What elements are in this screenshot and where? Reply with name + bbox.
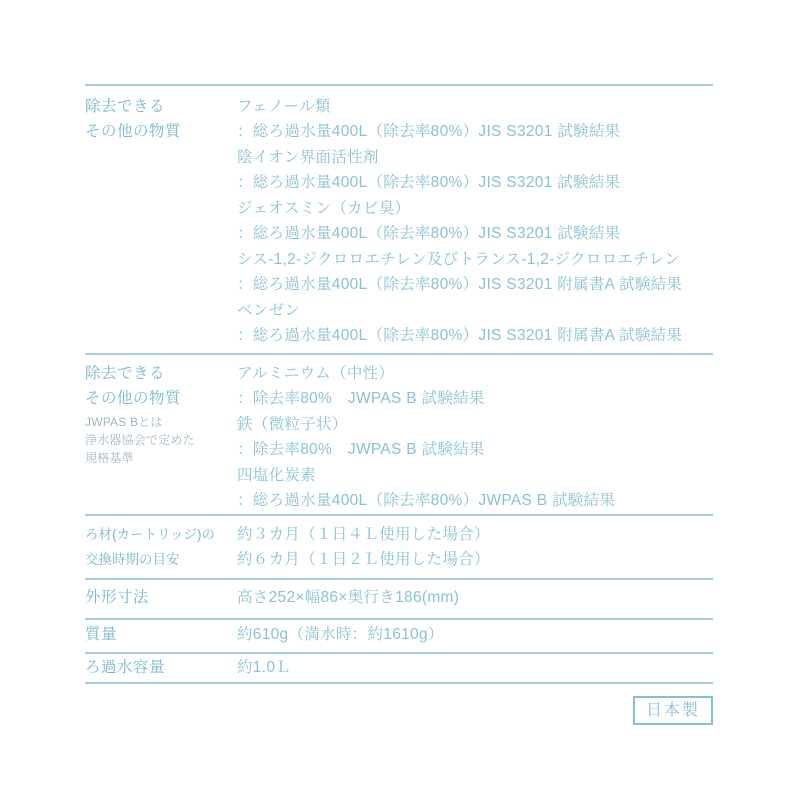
spec-label: ろ材(カートリッジ)の 交換時期の目安: [85, 522, 237, 572]
spec-value-line: 約３カ月（１日４Ｌ使用した場合）: [237, 522, 713, 547]
substance-item: ベンゼン ：総ろ過水量400L（除去率80%）JIS S3201 附属書A 試験…: [237, 298, 713, 348]
substance-detail: ：総ろ過水量400L（除去率80%）JWPAS B 試験結果: [237, 488, 713, 513]
substance-detail: ：総ろ過水量400L（除去率80%）JIS S3201 試験結果: [237, 170, 713, 195]
spec-label: 外形寸法: [85, 585, 237, 610]
badge-row: 日本製: [85, 696, 713, 725]
section-label-line: その他の物質: [85, 119, 237, 144]
jwpas-note: JWPAS Bとは 浄水器協会で定めた 規格基準: [85, 413, 237, 467]
note-line: JWPAS Bとは: [85, 413, 237, 431]
spec-value: 約1.0Ｌ: [237, 655, 713, 680]
note-line: 規格基準: [85, 449, 237, 467]
substance-item: ジェオスミン（カビ臭） ：総ろ過水量400L（除去率80%）JIS S3201 …: [237, 196, 713, 246]
note-line: 浄水器協会で定めた: [85, 431, 237, 449]
section-label-line: その他の物質: [85, 386, 237, 411]
section-removable-substances-jis: 除去できる その他の物質 フェノール類 ：総ろ過水量400L（除去率80%）JI…: [85, 86, 713, 353]
substance-item: 四塩化炭素 ：総ろ過水量400L（除去率80%）JWPAS B 試験結果: [237, 463, 713, 513]
substance-item: 鉄（微粒子状） ：除去率80% JWPAS B 試験結果: [237, 412, 713, 462]
divider-bottom: [85, 682, 713, 684]
substance-name: 陰イオン界面活性剤: [237, 145, 713, 170]
substance-name: ベンゼン: [237, 298, 713, 323]
row-dimensions: 外形寸法 高さ252×幅86×奥行き186(mm): [85, 580, 713, 618]
substance-item: アルミニウム（中性） ：除去率80% JWPAS B 試験結果: [237, 361, 713, 411]
substance-detail: ：総ろ過水量400L（除去率80%）JIS S3201 附属書A 試験結果: [237, 323, 713, 348]
section-label-line: 除去できる: [85, 361, 237, 386]
section-removable-substances-jwpas: 除去できる その他の物質 JWPAS Bとは 浄水器協会で定めた 規格基準 アル…: [85, 355, 713, 514]
substance-item: シス-1,2-ジクロロエチレン及びトランス-1,2-ジクロロエチレン ：総ろ過水…: [237, 247, 713, 297]
substance-detail: ：総ろ過水量400L（除去率80%）JIS S3201 試験結果: [237, 221, 713, 246]
row-cartridge-replacement: ろ材(カートリッジ)の 交換時期の目安 約３カ月（１日４Ｌ使用した場合） 約６カ…: [85, 516, 713, 578]
substance-item: フェノール類 ：総ろ過水量400L（除去率80%）JIS S3201 試験結果: [237, 94, 713, 144]
spec-value-line: 約６カ月（１日２Ｌ使用した場合）: [237, 547, 713, 572]
spec-label: ろ過水容量: [85, 655, 237, 680]
substance-detail: ：除去率80% JWPAS B 試験結果: [237, 386, 713, 411]
section-label: 除去できる その他の物質: [85, 94, 237, 349]
substance-name: 鉄（微粒子状）: [237, 412, 713, 437]
spec-value: 高さ252×幅86×奥行き186(mm): [237, 585, 713, 610]
substance-detail: ：総ろ過水量400L（除去率80%）JIS S3201 試験結果: [237, 119, 713, 144]
substance-name: アルミニウム（中性）: [237, 361, 713, 386]
section-label-line: 除去できる: [85, 94, 237, 119]
spec-value: 約３カ月（１日４Ｌ使用した場合） 約６カ月（１日２Ｌ使用した場合）: [237, 522, 713, 572]
substance-name: フェノール類: [237, 94, 713, 119]
section-items: フェノール類 ：総ろ過水量400L（除去率80%）JIS S3201 試験結果 …: [237, 94, 713, 349]
spec-sheet: 除去できる その他の物質 フェノール類 ：総ろ過水量400L（除去率80%）JI…: [85, 84, 713, 725]
made-in-japan-badge: 日本製: [633, 696, 713, 725]
section-items: アルミニウム（中性） ：除去率80% JWPAS B 試験結果 鉄（微粒子状） …: [237, 361, 713, 514]
row-filtered-capacity: ろ過水容量 約1.0Ｌ: [85, 654, 713, 682]
substance-name: ジェオスミン（カビ臭）: [237, 196, 713, 221]
substance-name: シス-1,2-ジクロロエチレン及びトランス-1,2-ジクロロエチレン: [237, 247, 713, 272]
substance-name: 四塩化炭素: [237, 463, 713, 488]
row-mass: 質量 約610g（満水時：約1610g）: [85, 620, 713, 652]
substance-item: 陰イオン界面活性剤 ：総ろ過水量400L（除去率80%）JIS S3201 試験…: [237, 145, 713, 195]
substance-detail: ：除去率80% JWPAS B 試験結果: [237, 437, 713, 462]
substance-detail: ：総ろ過水量400L（除去率80%）JIS S3201 附属書A 試験結果: [237, 272, 713, 297]
spec-label-line: ろ材(カートリッジ)の: [85, 522, 237, 547]
spec-value: 約610g（満水時：約1610g）: [237, 622, 713, 647]
spec-label: 質量: [85, 622, 237, 647]
spec-label-line: 交換時期の目安: [85, 547, 237, 572]
section-label: 除去できる その他の物質 JWPAS Bとは 浄水器協会で定めた 規格基準: [85, 361, 237, 514]
